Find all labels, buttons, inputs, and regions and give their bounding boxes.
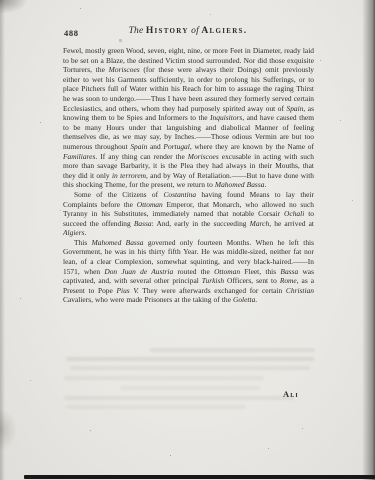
body-text: Fewel, mostly green Wood, seven, eight, … (63, 46, 314, 305)
running-head-algiers: Algiers. (201, 26, 247, 36)
ink-bleed-line (120, 386, 260, 390)
running-head: The History of Algiers. (40, 26, 336, 36)
paragraph: This Mahomed Bassa governed only fourtee… (63, 238, 314, 305)
ink-bleed-line (66, 357, 314, 361)
paragraph: Fewel, mostly green Wood, seven, eight, … (63, 46, 314, 190)
ink-bleed-line (66, 405, 246, 409)
scan-edge-left (0, 0, 5, 480)
ink-bleed-line (64, 376, 264, 380)
scanned-book-page: 488 The History of Algiers. Fewel, mostl… (0, 0, 375, 480)
scan-edge-right (362, 0, 375, 480)
running-head-history: History (146, 26, 189, 36)
ink-bleed-line (150, 348, 315, 352)
ink-bleed-line (70, 366, 310, 370)
running-head-the: The (129, 26, 144, 36)
ink-bleed-line (64, 396, 294, 400)
paragraph: Some of the Citizens of Costantina havin… (63, 190, 314, 238)
running-head-of: of (191, 26, 199, 36)
scan-edge-bottom (24, 475, 375, 479)
